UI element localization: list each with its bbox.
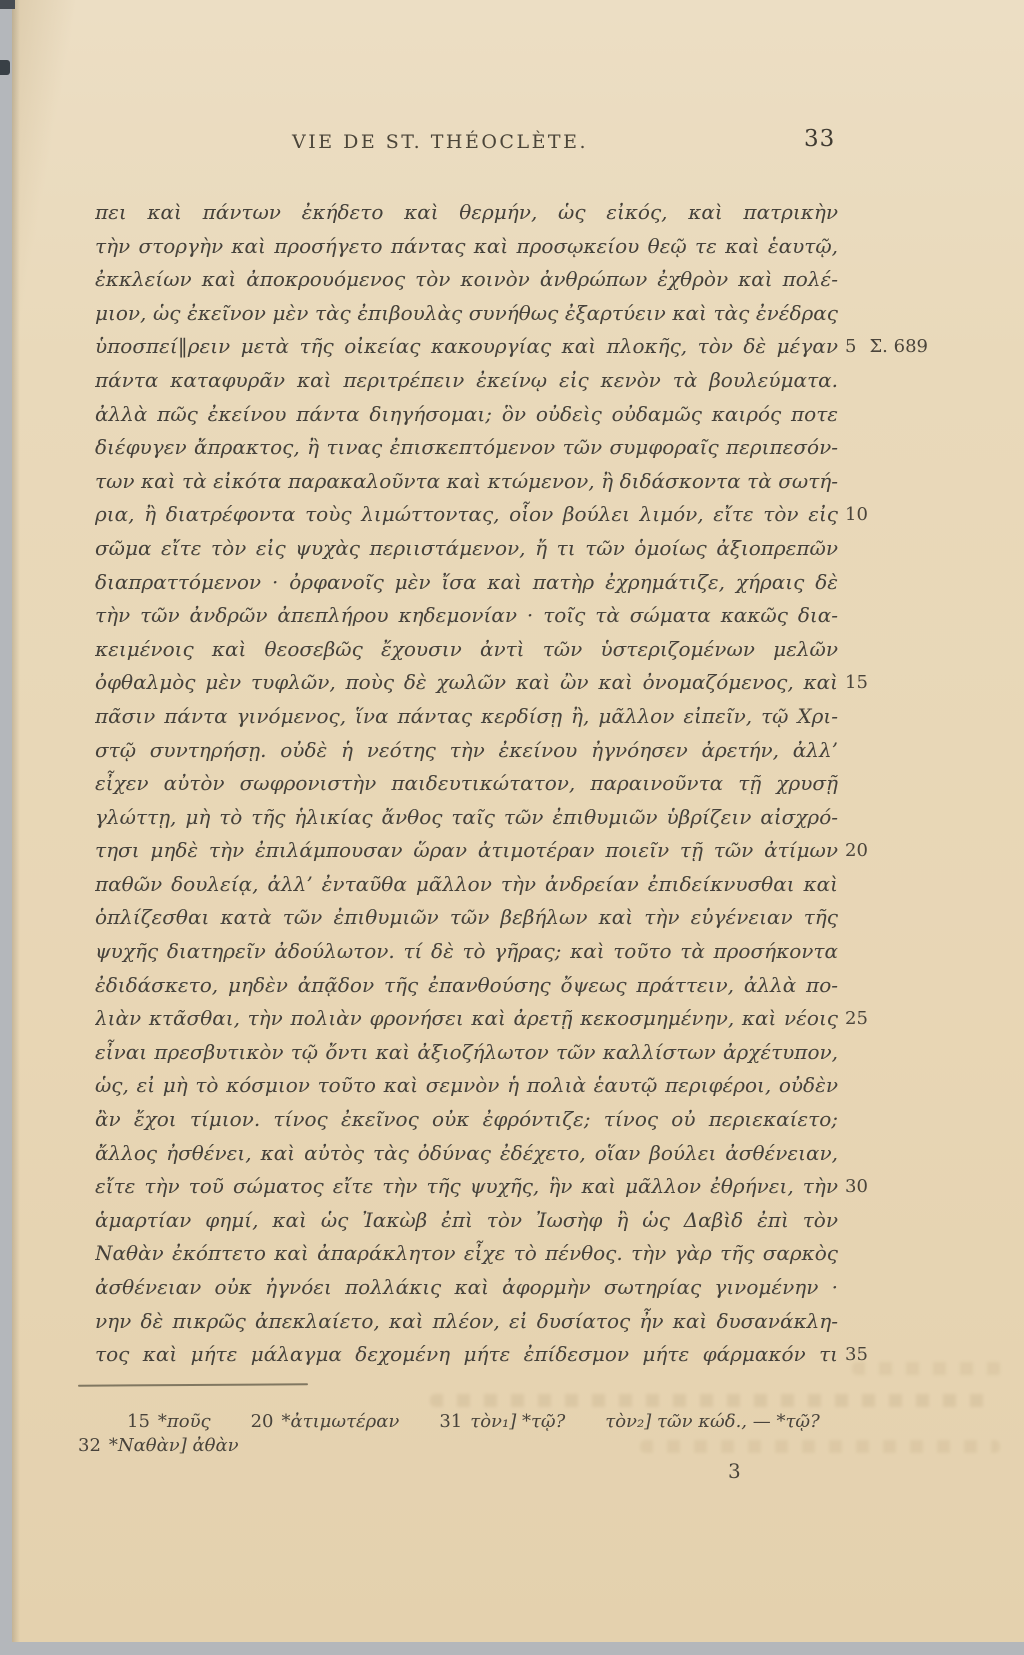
body-line: γλώττῃ, μὴ τὸ τῆς ἡλικίας ἄνθος ταῖς τῶν… (95, 801, 838, 835)
margin-line-number: 20 (845, 840, 868, 861)
page-number: 33 (804, 126, 835, 152)
body-line: διαπραττόμενον · ὀρφανοῖς μὲν ἴσα καὶ πα… (95, 566, 838, 600)
margin-line-number: 5 (845, 336, 856, 357)
apparatus-reading: τὸν₁] *τῷ? (470, 1411, 565, 1432)
margin-note-line-25: 25 (845, 1008, 868, 1030)
signature-mark: 3 (728, 1459, 741, 1483)
apparatus-reading: *ἀτιμωτέραν (282, 1411, 400, 1432)
apparatus-entry: 32*Ναθὰν] ἀθὰν (78, 1434, 239, 1458)
margin-line-number: 10 (845, 504, 868, 525)
body-line: των καὶ τὰ εἰκότα παρακαλοῦντα καὶ κτώμε… (95, 465, 838, 499)
apparatus-line-ref: 31 (439, 1411, 462, 1432)
running-header-title: VIE DE ST. THÉOCLÈTE. (95, 131, 785, 153)
body-line: πάντα καταφυρᾶν καὶ περιτρέπειν ἐκείνῳ ε… (95, 364, 838, 398)
scan-artifact-mark (0, 60, 10, 75)
body-line: τὴν στοργὴν καὶ προσήγετο πάντας καὶ προ… (95, 230, 838, 264)
margin-note-line-20: 20 (845, 840, 868, 862)
apparatus-line-ref: 32 (78, 1435, 101, 1456)
body-line: κειμένοις καὶ θεοσεβῶς ἔχουσιν ἀντὶ τῶν … (95, 633, 838, 667)
body-line: πᾶσιν πάντα γινόμενος, ἵνα πάντας κερδίσ… (95, 700, 838, 734)
body-line: νην δὲ πικρῶς ἀπεκλαίετο, καὶ πλέον, εἰ … (95, 1305, 838, 1339)
margin-page-reference: Σ. 689 (869, 336, 928, 357)
apparatus-entry: 15*ποῦς (127, 1410, 211, 1434)
bleed-through-smudge (852, 1362, 1002, 1375)
apparatus-row: 15*ποῦς 20*ἀτιμωτέραν 31τὸν₁] *τῷ? τὸν₂]… (78, 1410, 868, 1434)
scan-artifact-mark (0, 0, 15, 9)
body-line: εἶχεν αὐτὸν σωφρονιστὴν παιδευτικώτατον,… (95, 767, 838, 801)
apparatus-reading: *Ναθὰν] ἀθὰν (109, 1435, 239, 1456)
body-line: ἐδιδάσκετο, μηδὲν ἀπᾷδον τῆς ἐπανθούσης … (95, 969, 838, 1003)
body-line: παθῶν δουλείᾳ, ἀλλ’ ἐνταῦθα μᾶλλον τὴν ἀ… (95, 868, 838, 902)
paper-edge-shadow (12, 0, 20, 1642)
body-line: σῶμα εἴτε τὸν εἰς ψυχὰς περιιστάμενον, ἤ… (95, 532, 838, 566)
body-line: λιὰν κτᾶσθαι, τὴν πολιὰν φρονήσει καὶ ἀρ… (95, 1002, 838, 1036)
apparatus-line-ref: 15 (127, 1411, 150, 1432)
body-line: ὑποσπεί‖ρειν μετὰ τῆς οἰκείας κακουργίας… (95, 330, 838, 364)
body-line: μιον, ὡς ἐκεῖνον μὲν τὰς ἐπιβουλὰς συνήθ… (95, 297, 838, 331)
apparatus-entry: τὸν₂] τῶν κώδ., — *τῷ? (605, 1410, 820, 1434)
body-line: ἄλλος ἠσθένει, καὶ αὐτὸς τὰς ὀδύνας ἐδέχ… (95, 1137, 838, 1171)
apparatus-line-ref: 20 (251, 1411, 274, 1432)
apparatus-entry: 20*ἀτιμωτέραν (251, 1410, 400, 1434)
body-line: ἐκκλείων καὶ ἀποκρουόμενος τὸν κοινὸν ἀν… (95, 263, 838, 297)
margin-note-line-10: 10 (845, 504, 868, 526)
apparatus-entry: 31τὸν₁] *τῷ? (439, 1410, 565, 1434)
body-line: πει καὶ πάντων ἐκήδετο καὶ θερμήν, ὡς εἰ… (95, 196, 838, 230)
body-line: ἀσθένειαν οὐκ ἠγνόει πολλάκις καὶ ἀφορμὴ… (95, 1271, 838, 1305)
margin-note-line-30: 30 (845, 1176, 868, 1198)
body-line: ἀλλὰ πῶς ἐκείνου πάντα διηγήσομαι; ὃν οὐ… (95, 398, 838, 432)
apparatus-row: 32*Ναθὰν] ἀθὰν (78, 1434, 868, 1458)
bleed-through-smudge (430, 1394, 990, 1407)
scanned-book-page: VIE DE ST. THÉOCLÈTE. 33 πει καὶ πάντων … (0, 0, 1024, 1655)
body-line: ἂν ἔχοι τίμιον. τίνος ἐκεῖνος οὐκ ἐφρόντ… (95, 1103, 838, 1137)
margin-line-number: 25 (845, 1008, 868, 1029)
margin-note-line-5: 5Σ. 689 (845, 336, 928, 358)
body-line: ψυχῆς διατηρεῖν ἀδούλωτον. τί δὲ τὸ γῆρα… (95, 935, 838, 969)
apparatus-reading: *ποῦς (158, 1411, 211, 1432)
greek-text-block: πει καὶ πάντων ἐκήδετο καὶ θερμήν, ὡς εἰ… (95, 196, 838, 1372)
body-line: τος καὶ μήτε μάλαγμα δεχομένη μήτε ἐπίδε… (95, 1338, 838, 1372)
body-line: ὁπλίζεσθαι κατὰ τῶν ἐπιθυμιῶν τῶν βεβήλω… (95, 901, 838, 935)
body-line: ὀφθαλμὸς μὲν τυφλῶν, ποὺς δὲ χωλῶν καὶ ὢ… (95, 666, 838, 700)
margin-note-line-15: 15 (845, 672, 868, 694)
body-line: ρια, ἢ διατρέφοντα τοὺς λιμώττοντας, οἷο… (95, 498, 838, 532)
body-line: ἁμαρτίαν φημί, καὶ ὡς Ἰακὼβ ἐπὶ τὸν Ἰωσὴ… (95, 1204, 838, 1238)
margin-line-number: 30 (845, 1176, 868, 1197)
body-line: Ναθὰν ἐκόπτετο καὶ ἀπαράκλητον εἶχε τὸ π… (95, 1237, 838, 1271)
body-line: ὡς, εἰ μὴ τὸ κόσμιον τοῦτο καὶ σεμνὸν ἡ … (95, 1069, 838, 1103)
body-line: διέφυγεν ἄπρακτος, ἢ τινας ἐπισκεπτόμενο… (95, 431, 838, 465)
body-line: τὴν τῶν ἀνδρῶν ἀπεπλήρου κηδεμονίαν · το… (95, 599, 838, 633)
body-line: στῷ συντηρήσῃ. οὐδὲ ἡ νεότης τὴν ἐκείνου… (95, 734, 838, 768)
margin-line-number: 15 (845, 672, 868, 693)
apparatus-reading: τὸν₂] τῶν κώδ., — *τῷ? (605, 1411, 820, 1432)
critical-apparatus: 15*ποῦς 20*ἀτιμωτέραν 31τὸν₁] *τῷ? τὸν₂]… (78, 1410, 868, 1458)
body-line: εἴτε τὴν τοῦ σώματος εἴτε τὴν τῆς ψυχῆς,… (95, 1170, 838, 1204)
body-line: εἶναι πρεσβυτικὸν τῷ ὄντι καὶ ἀξιοζήλωτο… (95, 1036, 838, 1070)
body-line: τησι μηδὲ τὴν ἐπιλάμπουσαν ὥραν ἀτιμοτέρ… (95, 834, 838, 868)
